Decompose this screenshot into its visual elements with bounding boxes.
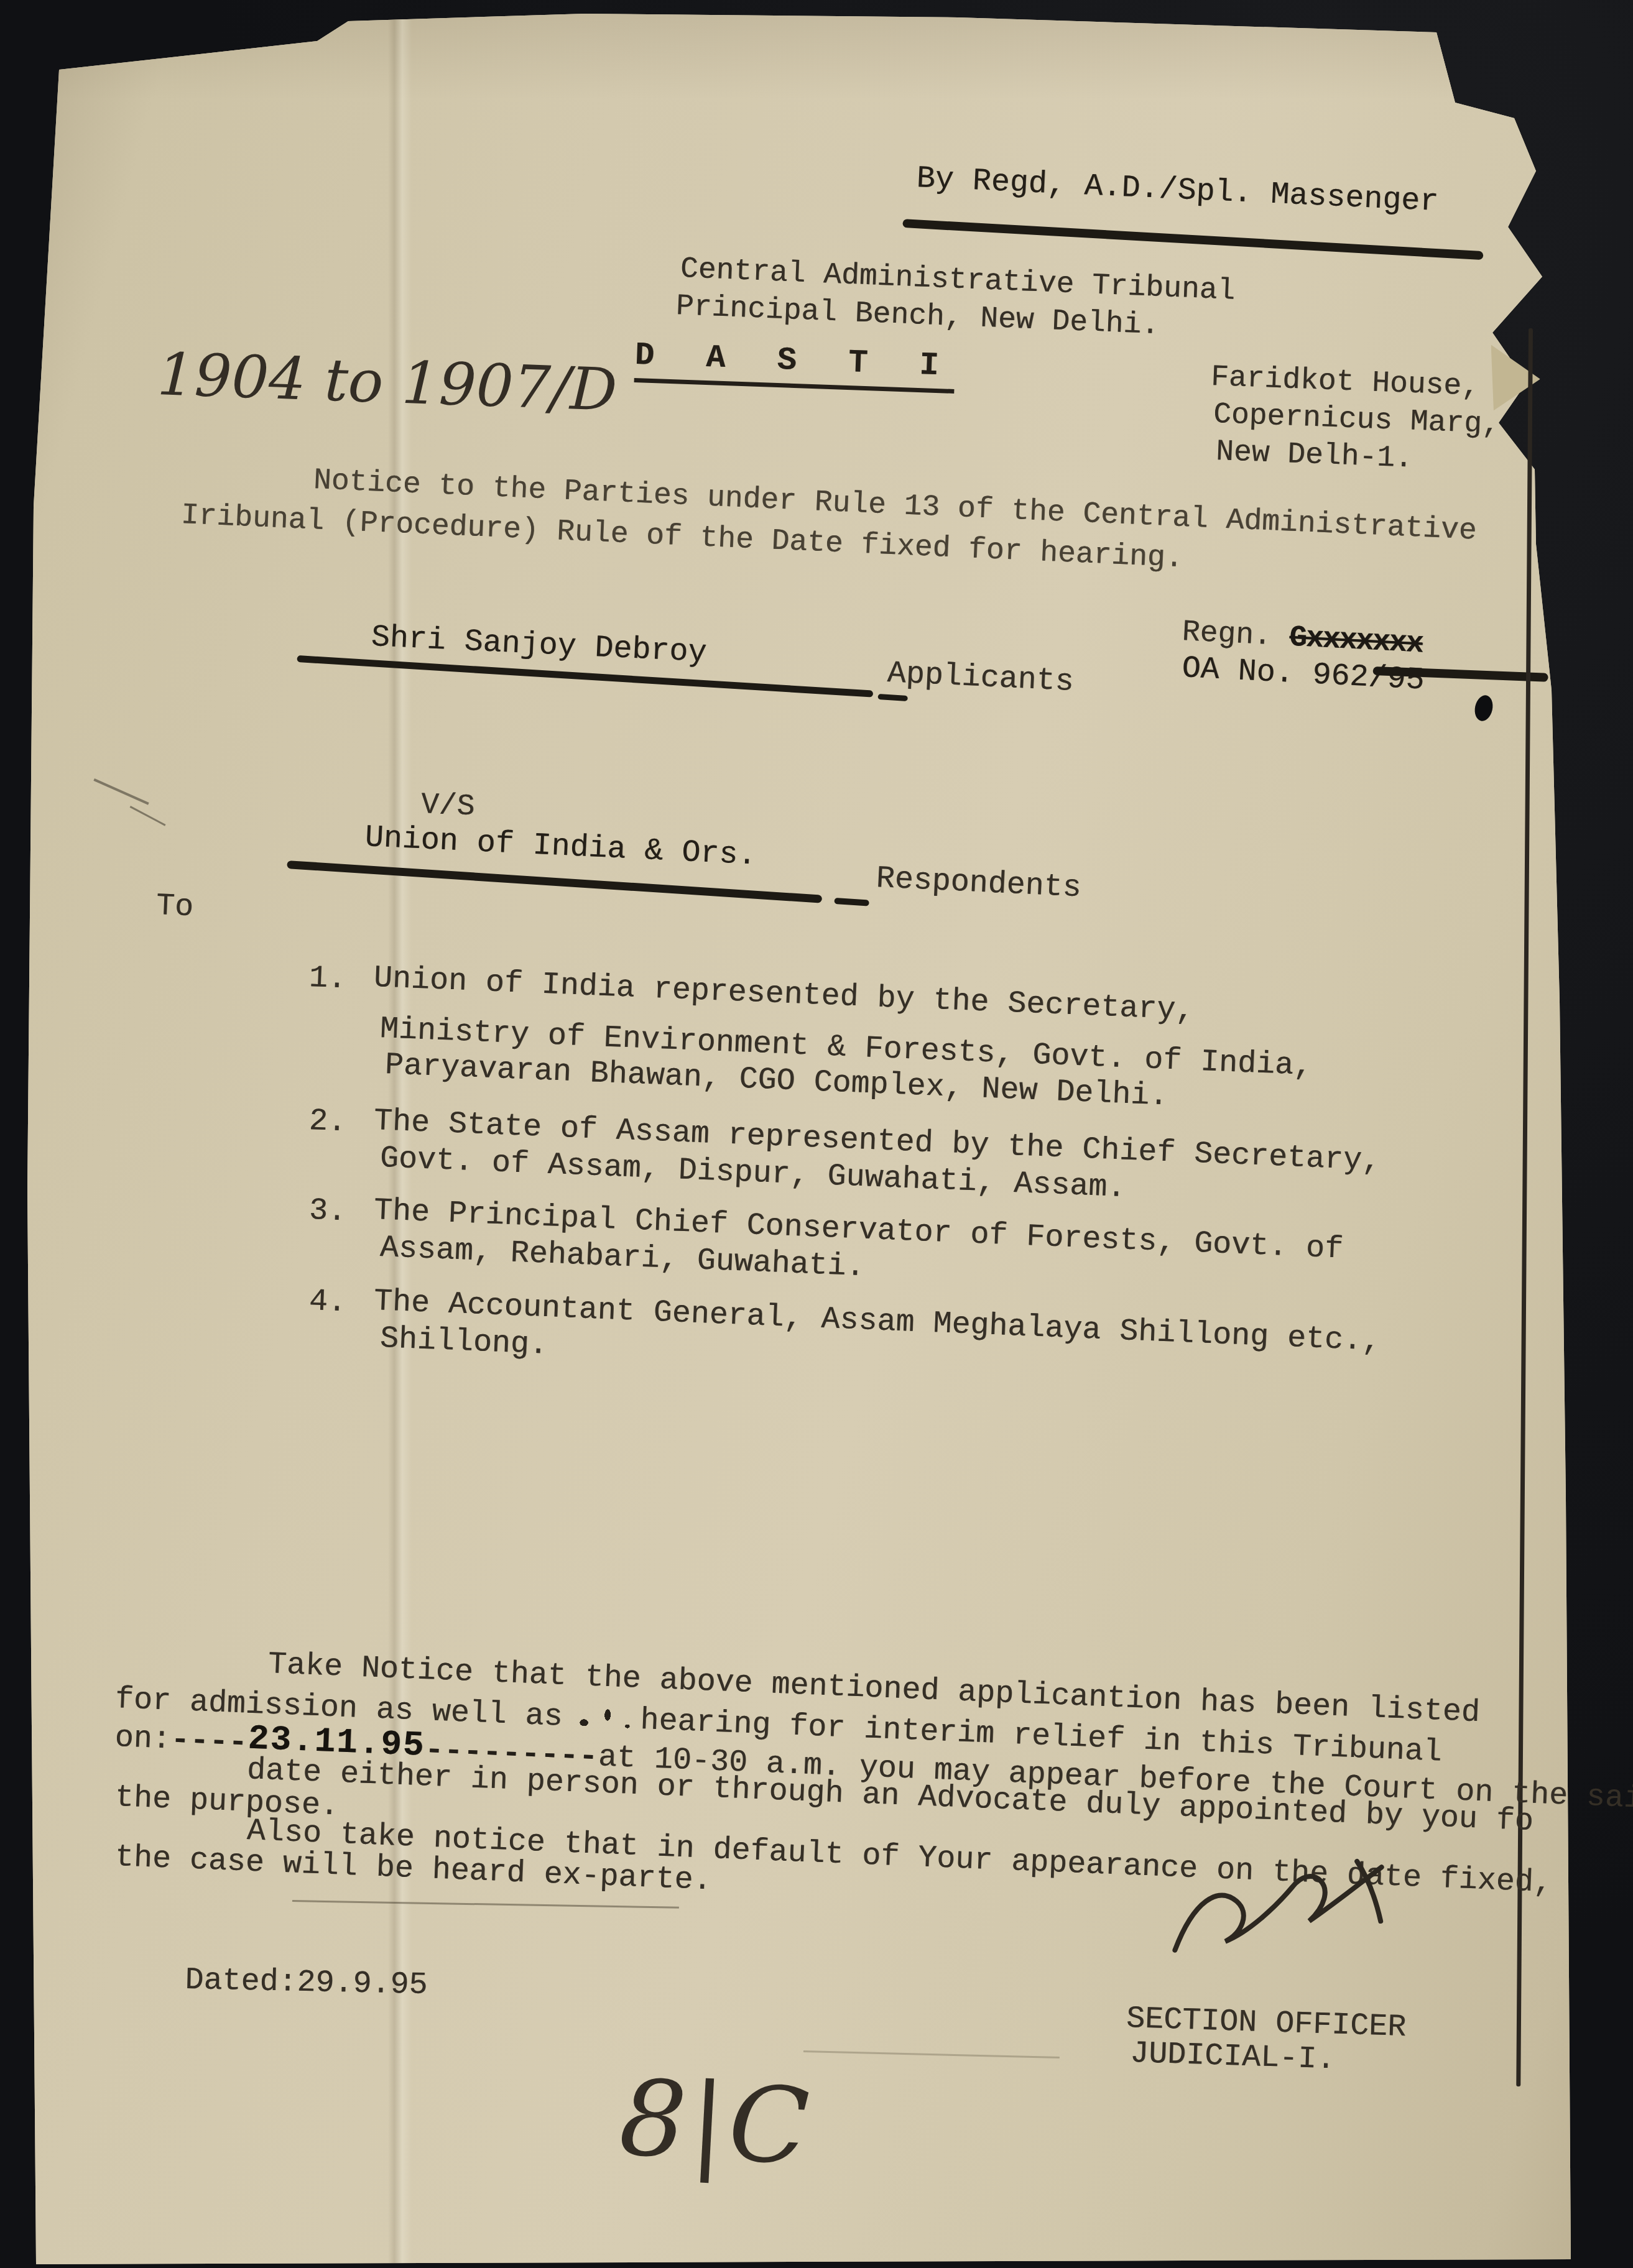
item-4-no: 4. [308, 1284, 347, 1321]
body-text-3-pre: on: [114, 1720, 172, 1758]
item-4-line-2: Shillong. [379, 1321, 548, 1363]
dated-text: Dated:29.9.95 [185, 1963, 428, 2003]
address-line-3: New Delh-1. [1215, 436, 1413, 475]
respondent-item-line: Shillong. [379, 1323, 548, 1362]
item-2-no: 2. [308, 1104, 347, 1140]
officer-text-2: JUDICIAL-I. [1129, 2036, 1336, 2078]
respondent-item-number: 2. [308, 1105, 347, 1140]
regn-struck-text: Gxxxxxxx [1288, 621, 1423, 661]
dated-line: Dated:29.9.95 [185, 1965, 428, 2003]
respondent-item-number: 4. [308, 1286, 347, 1320]
ink-smudge [562, 1704, 641, 1733]
address-text-3: New Delh-1. [1215, 435, 1413, 476]
versus-label: V/S [420, 790, 475, 823]
versus-text: V/S [420, 788, 476, 824]
respondent-item-number: 1. [308, 962, 347, 997]
regn-label-text: Regn. [1181, 615, 1272, 653]
dash-fill-1: ---- [170, 1723, 249, 1761]
respondent-item-number: 3. [308, 1195, 347, 1229]
item-3-no: 3. [308, 1193, 347, 1230]
officer-title-line-2: JUDICIAL-I. [1129, 2038, 1336, 2077]
to-label: To [155, 890, 194, 924]
to-label-text: To [155, 888, 194, 925]
scan-background: By Regd, A.D./Spl. Massenger Central Adm… [0, 0, 1633, 2268]
handwritten-bottom-mark: 8|C [617, 2057, 816, 2188]
bottom-mark-text: 8|C [617, 2057, 816, 2188]
item-1-no: 1. [308, 961, 347, 997]
